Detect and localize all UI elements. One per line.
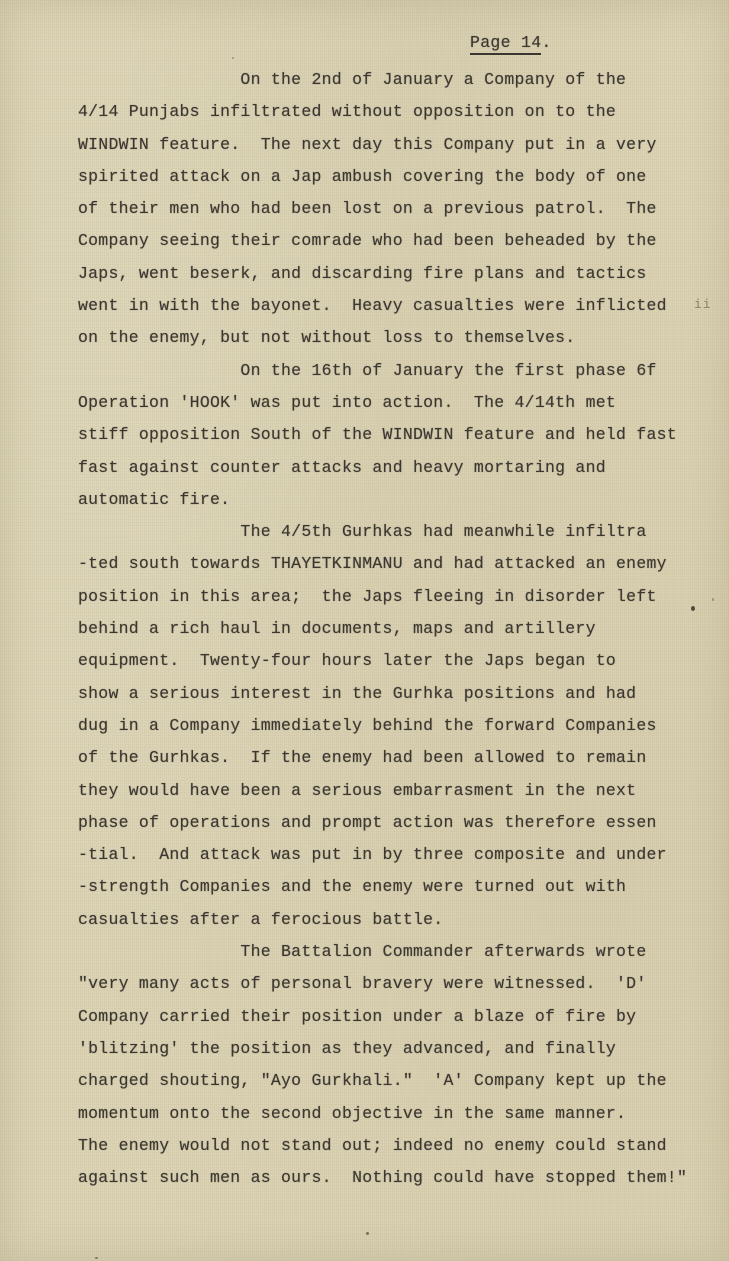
text-line: Company seeing their comrade who had bee… (78, 225, 709, 257)
text-line: The 4/5th Gurhkas had meanwhile infiltra (78, 516, 709, 548)
text-line: 'blitzing' the position as they advanced… (78, 1033, 709, 1065)
text-line: stiff opposition South of the WINDWIN fe… (78, 419, 709, 451)
text-line: of their men who had been lost on a prev… (78, 193, 709, 225)
text-line: of the Gurhkas. If the enemy had been al… (78, 742, 709, 774)
text-line: on the enemy, but not without loss to th… (78, 322, 709, 354)
text-line: against such men as ours. Nothing could … (78, 1162, 709, 1194)
text-line: Company carried their position under a b… (78, 1001, 709, 1033)
paper-speck (712, 598, 714, 601)
text-line: fast against counter attacks and heavy m… (78, 452, 709, 484)
text-line: phase of operations and prompt action wa… (78, 807, 709, 839)
page-number-label: Page 14 (470, 33, 541, 55)
text-line: dug in a Company immediately behind the … (78, 710, 709, 742)
text-line: went in with the bayonet. Heavy casualti… (78, 290, 709, 322)
text-line: "very many acts of personal bravery were… (78, 968, 709, 1000)
text-line: casualties after a ferocious battle. (78, 904, 709, 936)
text-line: The enemy would not stand out; indeed no… (78, 1130, 709, 1162)
page-number-trailing-mark: . (541, 33, 551, 52)
text-line: they would have been a serious embarrasm… (78, 775, 709, 807)
text-line: momentum onto the second objective in th… (78, 1098, 709, 1130)
paper-speck (95, 1257, 98, 1259)
text-line: Operation 'HOOK' was put into action. Th… (78, 387, 709, 419)
text-line: The Battalion Commander afterwards wrote (78, 936, 709, 968)
text-line: -tial. And attack was put in by three co… (78, 839, 709, 871)
text-line: show a serious interest in the Gurhka po… (78, 678, 709, 710)
text-line: position in this area; the Japs fleeing … (78, 581, 709, 613)
text-line: equipment. Twenty-four hours later the J… (78, 645, 709, 677)
paper-speck (366, 1232, 369, 1235)
text-line: behind a rich haul in documents, maps an… (78, 613, 709, 645)
text-line: charged shouting, "Ayo Gurkhali." 'A' Co… (78, 1065, 709, 1097)
text-line: -ted south towards THAYETKINMANU and had… (78, 548, 709, 580)
text-line: 4/14 Punjabs infiltrated without opposit… (78, 96, 709, 128)
text-line: Japs, went beserk, and discarding fire p… (78, 258, 709, 290)
body-lines: On the 2nd of January a Company of the4/… (78, 64, 709, 1194)
paper-speck (691, 606, 695, 611)
stray-ink-mark: ii (694, 297, 712, 312)
text-line: -strength Companies and the enemy were t… (78, 871, 709, 903)
text-line: WINDWIN feature. The next day this Compa… (78, 129, 709, 161)
text-line: spirited attack on a Jap ambush covering… (78, 161, 709, 193)
text-line: On the 16th of January the first phase 6… (78, 355, 709, 387)
paper-speck (232, 57, 234, 59)
document-page: Page 14. On the 2nd of January a Company… (0, 0, 729, 1261)
text-line: On the 2nd of January a Company of the (78, 64, 709, 96)
page-header: Page 14. (470, 33, 552, 52)
text-line: automatic fire. (78, 484, 709, 516)
